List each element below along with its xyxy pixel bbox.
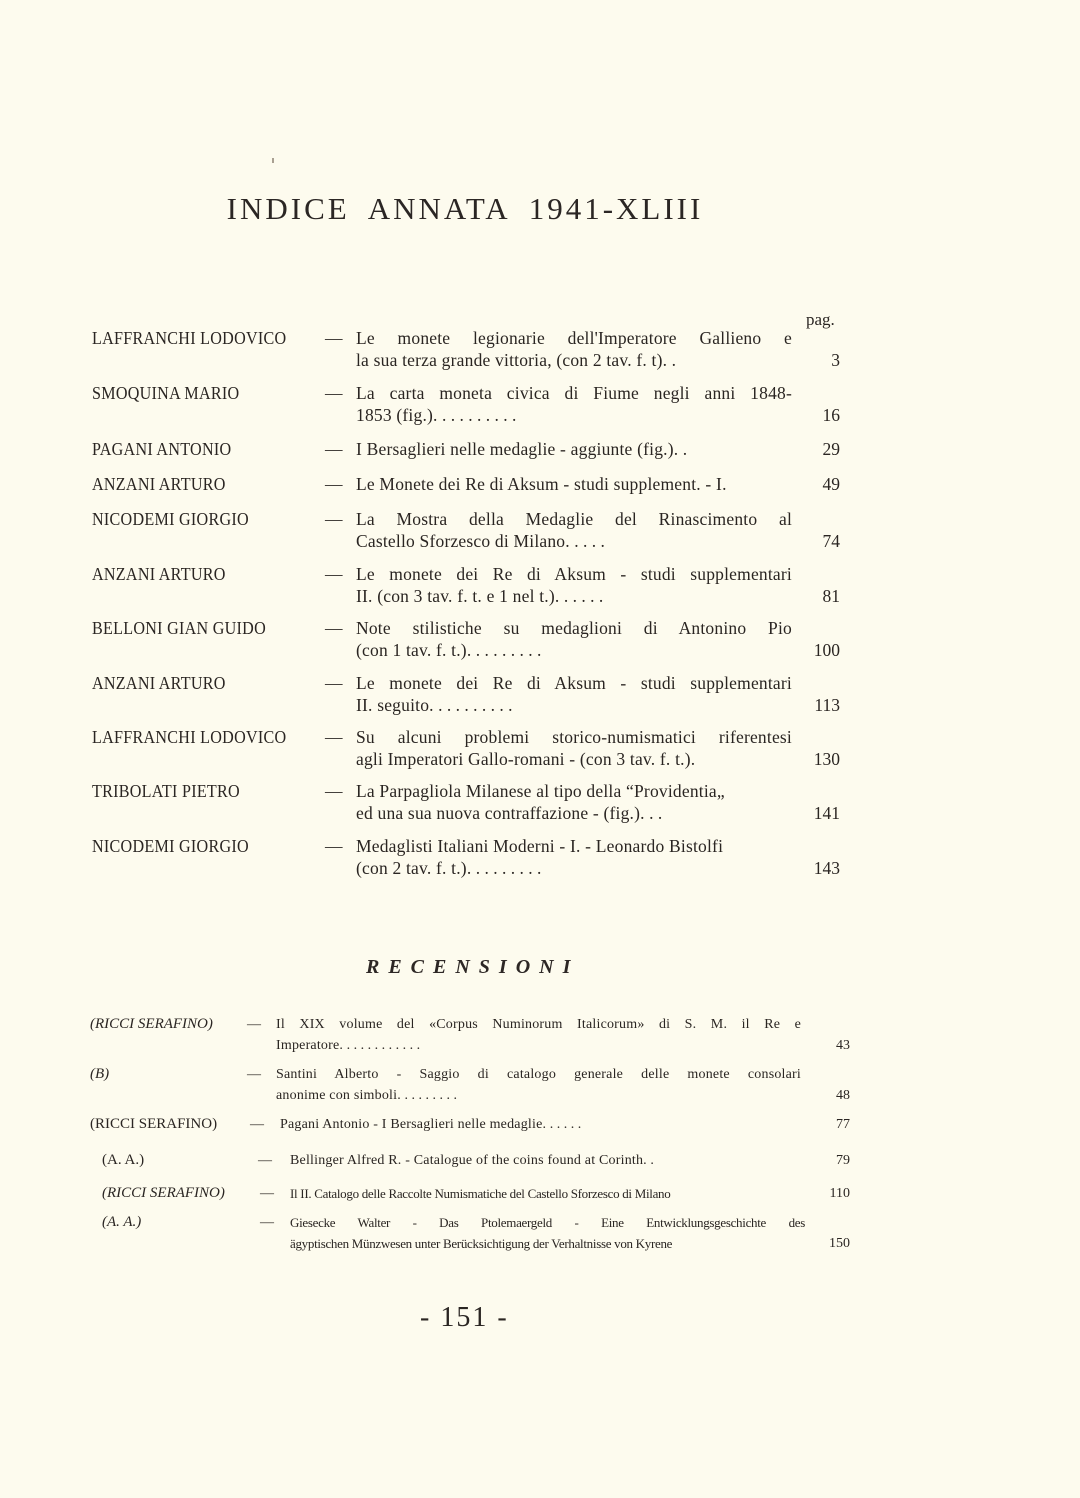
title-word-annata: ANNATA <box>368 191 511 226</box>
entry-title-text: II. (con 3 tav. f. t. e 1 nel t.). <box>356 586 559 606</box>
entry-dash: — <box>325 382 343 404</box>
entry-title-line: La Mostra della Medaglie del Rinasciment… <box>356 508 792 530</box>
entry-title-line: II. seguito. . . . . . . . . . <box>356 694 792 716</box>
entry-author: ANZANI ARTURO <box>92 473 226 495</box>
entry-title-text: (con 2 tav. f. t.). <box>356 858 471 878</box>
dot-leader: . <box>647 1153 654 1168</box>
dot-leader: . . <box>645 803 663 823</box>
review-title-text: Pagani Antonio - I Bersaglieri nelle med… <box>280 1117 546 1132</box>
entry-page-number: 100 <box>790 639 840 661</box>
entry-page-number: 29 <box>790 438 840 460</box>
entry-dash: — <box>325 438 343 460</box>
entry-page-number: 16 <box>790 404 840 426</box>
entry-title-line: (con 2 tav. f. t.). . . . . . . . . <box>356 857 792 879</box>
section-title-recensioni: RECENSIONI <box>366 956 579 979</box>
entry-page-number: 3 <box>790 349 840 371</box>
entry-title-text: II. seguito. <box>356 695 434 715</box>
entry-page-number: 81 <box>790 585 840 607</box>
entry-title: Le Monete dei Re di Aksum - studi supple… <box>356 473 792 495</box>
review-reviewer: (B) <box>90 1064 109 1085</box>
page-title: INDICEANNATA1941-XLIII <box>0 191 930 227</box>
entry-title-text: (con 1 tav. f. t.). <box>356 640 471 660</box>
entry-page-number: 49 <box>790 473 840 495</box>
title-word-indice: INDICE <box>227 191 350 226</box>
dot-leader: . . . . . . . . <box>471 858 541 878</box>
dot-leader: . . . . . . . . <box>471 640 541 660</box>
review-title: Il XIX volume del «Corpus Numinorum Ital… <box>276 1014 801 1056</box>
entry-title: La carta moneta civica di Fiume negli an… <box>356 382 792 426</box>
review-title-line: ägyptischen Münzwesen unter Berücksichti… <box>290 1233 805 1254</box>
entry-title-line: La carta moneta civica di Fiume negli an… <box>356 382 792 404</box>
dot-leader: . . . . . . . . <box>401 1088 457 1103</box>
entry-author: PAGANI ANTONIO <box>92 438 231 460</box>
print-speck <box>272 158 274 163</box>
entry-author: NICODEMI GIORGIO <box>92 835 249 857</box>
entry-title: La Mostra della Medaglie del Rinasciment… <box>356 508 792 552</box>
entry-title-line: La Parpagliola Milanese al tipo della “P… <box>356 780 792 802</box>
dot-leader: . . . . . <box>546 1117 581 1132</box>
entry-title-line: Castello Sforzesco di Milano. . . . . <box>356 530 792 552</box>
entry-title-line: 1853 (fig.). . . . . . . . . . <box>356 404 792 426</box>
review-title-text: anonime con simboli. <box>276 1088 401 1103</box>
entry-page-number: 130 <box>790 748 840 770</box>
entry-title: La Parpagliola Milanese al tipo della “P… <box>356 780 792 824</box>
entry-title: Le monete legionarie dell'Imperatore Gal… <box>356 327 792 371</box>
entry-page-number: 143 <box>790 857 840 879</box>
entry-title-line: (con 1 tav. f. t.). . . . . . . . . <box>356 639 792 661</box>
entry-title-line: II. (con 3 tav. f. t. e 1 nel t.). . . .… <box>356 585 792 607</box>
entry-author: LAFFRANCHI LODOVICO <box>92 726 286 748</box>
entry-dash: — <box>325 672 343 694</box>
entry-page-number: 74 <box>790 530 840 552</box>
review-title-line: Bellinger Alfred R. - Catalogue of the c… <box>290 1150 815 1171</box>
review-dash: — <box>250 1114 264 1135</box>
review-title-text: Imperatore. <box>276 1038 343 1053</box>
entry-title-text: 1853 (fig.). <box>356 405 438 425</box>
review-title-text: Bellinger Alfred R. - Catalogue of the c… <box>290 1153 647 1168</box>
entry-title: Medaglisti Italiani Moderni - I. - Leona… <box>356 835 792 879</box>
entry-author: LAFFRANCHI LODOVICO <box>92 327 286 349</box>
entry-dash: — <box>325 508 343 530</box>
review-title: Santini Alberto - Saggio di catalogo gen… <box>276 1064 801 1106</box>
review-dash: — <box>247 1064 261 1085</box>
review-page-number: 48 <box>810 1085 850 1106</box>
review-page-number: 110 <box>810 1183 850 1204</box>
entry-author: NICODEMI GIORGIO <box>92 508 249 530</box>
review-title-line: Il XIX volume del «Corpus Numinorum Ital… <box>276 1014 801 1035</box>
review-title-line: Imperatore. . . . . . . . . . . . <box>276 1035 801 1056</box>
review-dash: — <box>260 1183 274 1204</box>
entry-author: ANZANI ARTURO <box>92 672 226 694</box>
review-title-line: Pagani Antonio - I Bersaglieri nelle med… <box>280 1114 805 1135</box>
review-title: Il II. Catalogo delle Raccolte Numismati… <box>290 1183 830 1204</box>
dot-leader: . <box>667 350 676 370</box>
entry-title: Note stilistiche su medaglioni di Antoni… <box>356 617 792 661</box>
review-page-number: 77 <box>810 1114 850 1135</box>
entry-title-text: I Bersaglieri nelle medaglie - aggiunte … <box>356 439 678 459</box>
review-reviewer: (A. A.) <box>102 1212 141 1233</box>
entry-page-number: 113 <box>790 694 840 716</box>
review-dash: — <box>247 1014 261 1035</box>
title-year: 1941-XLIII <box>529 191 704 226</box>
review-title: Bellinger Alfred R. - Catalogue of the c… <box>290 1150 815 1171</box>
dot-leader: . . . . <box>570 531 605 551</box>
review-title-text: Il II. Catalogo delle Raccolte Numismati… <box>290 1186 670 1201</box>
entry-author: TRIBOLATI PIETRO <box>92 780 240 802</box>
page-number-footer: - 151 - <box>420 1302 509 1334</box>
entry-title: Le monete dei Re di Aksum - studi supple… <box>356 672 792 716</box>
review-title-line: anonime con simboli. . . . . . . . . <box>276 1085 801 1106</box>
review-reviewer: (RICCI SERAFINO) <box>90 1114 217 1135</box>
dot-leader: . <box>678 439 687 459</box>
review-reviewer: (RICCI SERAFINO) <box>90 1014 213 1035</box>
page-column-label: pag. <box>806 310 835 330</box>
entry-title-text: Le Monete dei Re di Aksum - studi supple… <box>356 474 727 494</box>
entry-dash: — <box>325 835 343 857</box>
entry-dash: — <box>325 473 343 495</box>
entry-title-line: Le monete dei Re di Aksum - studi supple… <box>356 563 792 585</box>
entry-title-line: agli Imperatori Gallo-romani - (con 3 ta… <box>356 748 792 770</box>
dot-leader: . . . . . . . . . <box>438 405 517 425</box>
entry-dash: — <box>325 617 343 639</box>
entry-dash: — <box>325 780 343 802</box>
entry-dash: — <box>325 726 343 748</box>
review-title: Pagani Antonio - I Bersaglieri nelle med… <box>280 1114 805 1135</box>
dot-leader: . . . . . <box>559 586 603 606</box>
entry-title-line: Note stilistiche su medaglioni di Antoni… <box>356 617 792 639</box>
dot-leader: . . . . . . . . . <box>434 695 513 715</box>
entry-title-line: ed una sua nuova contraffazione - (fig.)… <box>356 802 792 824</box>
entry-author: SMOQUINA MARIO <box>92 382 239 404</box>
review-title-line: Santini Alberto - Saggio di catalogo gen… <box>276 1064 801 1085</box>
review-reviewer: (RICCI SERAFINO) <box>102 1183 225 1204</box>
dot-leader: . . . . . . . . . . . <box>343 1038 420 1053</box>
entry-dash: — <box>325 327 343 349</box>
entry-title: Le monete dei Re di Aksum - studi supple… <box>356 563 792 607</box>
review-page-number: 43 <box>810 1035 850 1056</box>
entry-title-line: la sua terza grande vittoria, (con 2 tav… <box>356 349 792 371</box>
review-dash: — <box>260 1212 274 1233</box>
review-reviewer: (A. A.) <box>102 1150 144 1171</box>
entry-page-number: 141 <box>790 802 840 824</box>
entry-title-line: I Bersaglieri nelle medaglie - aggiunte … <box>356 438 792 460</box>
review-title-line: Giesecke Walter - Das Ptolemaergeld - Ei… <box>290 1212 805 1233</box>
entry-author: ANZANI ARTURO <box>92 563 226 585</box>
entry-title: Su alcuni problemi storico-numismatici r… <box>356 726 792 770</box>
entry-title-text: ed una sua nuova contraffazione - (fig.)… <box>356 803 645 823</box>
review-page-number: 150 <box>810 1233 850 1254</box>
entry-dash: — <box>325 563 343 585</box>
entry-author: BELLONI GIAN GUIDO <box>92 617 266 639</box>
entry-title-line: Le monete legionarie dell'Imperatore Gal… <box>356 327 792 349</box>
entry-title-text: la sua terza grande vittoria, (con 2 tav… <box>356 350 667 370</box>
review-dash: — <box>258 1150 272 1171</box>
review-title-line: Il II. Catalogo delle Raccolte Numismati… <box>290 1183 830 1204</box>
review-page-number: 79 <box>810 1150 850 1171</box>
entry-title-line: Le Monete dei Re di Aksum - studi supple… <box>356 473 792 495</box>
review-title: Giesecke Walter - Das Ptolemaergeld - Ei… <box>290 1212 805 1254</box>
entry-title-line: Le monete dei Re di Aksum - studi supple… <box>356 672 792 694</box>
entry-title-text: Castello Sforzesco di Milano. <box>356 531 570 551</box>
entry-title-line: Su alcuni problemi storico-numismatici r… <box>356 726 792 748</box>
entry-title-line: Medaglisti Italiani Moderni - I. - Leona… <box>356 835 792 857</box>
entry-title: I Bersaglieri nelle medaglie - aggiunte … <box>356 438 792 460</box>
